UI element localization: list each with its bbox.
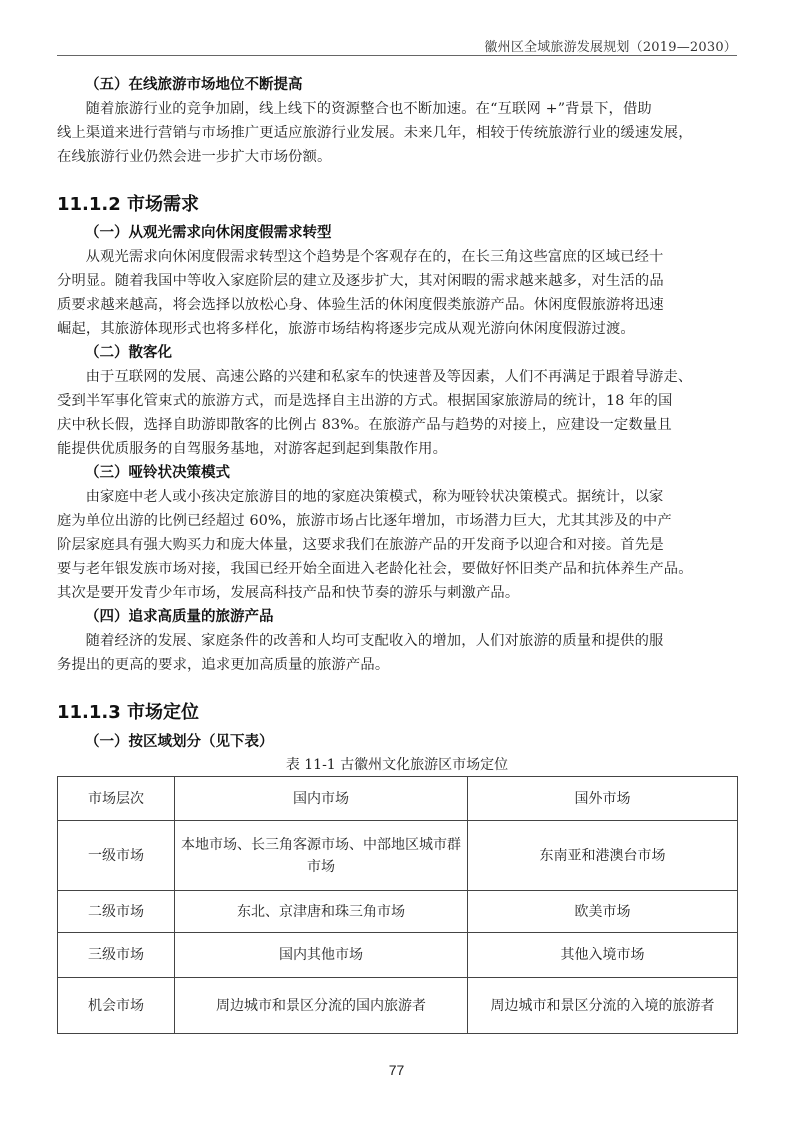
paragraph-line: 随着旅游行业的竞争加剧，线上线下的资源整合也不断加速。在“互联网 +”背景下，借… (57, 97, 737, 121)
paragraph-quality-products: 随着经济的发展、家庭条件的改善和人均可支配收入的增加，人们对旅游的质量和提供的服… (57, 629, 737, 677)
paragraph-line: 分明显。随着我国中等收入家庭阶层的建立及逐步扩大，其对闲暇的需求越来越多，对生活… (57, 269, 737, 293)
subsection-heading-quality-products: （四）追求高质量的旅游产品 (57, 605, 737, 629)
table-cell: 东北、京津唐和珠三角市场 (175, 891, 468, 933)
table-cell: 二级市场 (58, 891, 175, 933)
subsection-heading-dumbbell-decision: （三）哑铃状决策模式 (57, 461, 737, 485)
table-cell: 机会市场 (58, 978, 175, 1034)
table-cell: 东南亚和港澳台市场 (468, 821, 738, 891)
table-cell: 三级市场 (58, 933, 175, 978)
paragraph-dumbbell-decision: 由家庭中老人或小孩决定旅游目的地的家庭决策模式，称为哑铃状决策模式。据统计，以家… (57, 485, 737, 605)
paragraph-line: 在线旅游行业仍然会进一步扩大市场份额。 (57, 145, 737, 169)
paragraph-line: 受到半军事化管束式的旅游方式，而是选择自主出游的方式。根据国家旅游局的统计，18… (57, 389, 737, 413)
table-caption: 表 11-1 古徽州文化旅游区市场定位 (57, 754, 737, 776)
subsection-heading-online-market: （五）在线旅游市场地位不断提高 (57, 73, 737, 97)
paragraph-line: 庭为单位出游的比例已经超过 60%，旅游市场占比逐年增加，市场潜力巨大，尤其其涉… (57, 509, 737, 533)
paragraph-line: 能提供优质服务的自驾服务基地，对游客起到起到集散作用。 (57, 437, 737, 461)
table-header-row: 市场层次 国内市场 国外市场 (58, 777, 738, 821)
table-cell: 欧美市场 (468, 891, 738, 933)
table-cell: 国内其他市场 (175, 933, 468, 978)
paragraph-line: 由于互联网的发展、高速公路的兴建和私家车的快速普及等因素，人们不再满足于跟着导游… (57, 365, 737, 389)
subsection-heading-by-region: （一）按区域划分（见下表） (57, 730, 737, 754)
table-row: 二级市场 东北、京津唐和珠三角市场 欧美市场 (58, 891, 738, 933)
section-heading-market-demand: 11.1.2 市场需求 (57, 191, 737, 219)
paragraph-line: 务提出的更高的要求，追求更加高质量的旅游产品。 (57, 653, 737, 677)
paragraph-line: 质要求越来越高，将会选择以放松心身、体验生活的休闲度假类旅游产品。休闲度假旅游将… (57, 293, 737, 317)
table-cell: 本地市场、长三角客源市场、中部地区城市群市场 (175, 821, 468, 891)
table-row: 机会市场 周边城市和景区分流的国内旅游者 周边城市和景区分流的入境的旅游者 (58, 978, 738, 1034)
table-cell: 周边城市和景区分流的入境的旅游者 (468, 978, 738, 1034)
paragraph-line: 从观光需求向休闲度假需求转型这个趋势是个客观存在的，在长三角这些富庶的区域已经十 (57, 245, 737, 269)
paragraph-line: 阶层家庭具有强大购买力和庞大体量，这要求我们在旅游产品的开发商予以迎合和对接。首… (57, 533, 737, 557)
page-content: （五）在线旅游市场地位不断提高 随着旅游行业的竞争加剧，线上线下的资源整合也不断… (57, 72, 737, 1034)
paragraph-leisure-shift: 从观光需求向休闲度假需求转型这个趋势是个客观存在的，在长三角这些富庶的区域已经十… (57, 245, 737, 341)
subsection-heading-individual-travel: （二）散客化 (57, 341, 737, 365)
table-row: 一级市场 本地市场、长三角客源市场、中部地区城市群市场 东南亚和港澳台市场 (58, 821, 738, 891)
header-rule (57, 55, 737, 56)
subsection-heading-leisure-shift: （一）从观光需求向休闲度假需求转型 (57, 221, 737, 245)
market-positioning-table: 市场层次 国内市场 国外市场 一级市场 本地市场、长三角客源市场、中部地区城市群… (57, 776, 738, 1034)
paragraph-line: 随着经济的发展、家庭条件的改善和人均可支配收入的增加，人们对旅游的质量和提供的服 (57, 629, 737, 653)
paragraph-line: 由家庭中老人或小孩决定旅游目的地的家庭决策模式，称为哑铃状决策模式。据统计，以家 (57, 485, 737, 509)
paragraph-line: 其次是要开发青少年市场，发展高科技产品和快节奏的游乐与刺激产品。 (57, 581, 737, 605)
table-header-cell: 市场层次 (58, 777, 175, 821)
paragraph-line: 庆中秋长假，选择自助游即散客的比例占 83%。在旅游产品与趋势的对接上，应建设一… (57, 413, 737, 437)
table-cell: 周边城市和景区分流的国内旅游者 (175, 978, 468, 1034)
running-header-title: 徽州区全域旅游发展规划（2019—2030） (57, 36, 737, 55)
paragraph-online-market: 随着旅游行业的竞争加剧，线上线下的资源整合也不断加速。在“互联网 +”背景下，借… (57, 97, 737, 169)
paragraph-individual-travel: 由于互联网的发展、高速公路的兴建和私家车的快速普及等因素，人们不再满足于跟着导游… (57, 365, 737, 461)
paragraph-line: 要与老年银发族市场对接，我国已经开始全面进入老龄化社会，要做好怀旧类产品和抗体养… (57, 557, 737, 581)
table-cell: 一级市场 (58, 821, 175, 891)
table-row: 三级市场 国内其他市场 其他入境市场 (58, 933, 738, 978)
section-heading-market-positioning: 11.1.3 市场定位 (57, 699, 737, 727)
table-header-cell: 国外市场 (468, 777, 738, 821)
page-number: 77 (0, 1062, 793, 1078)
paragraph-line: 崛起，其旅游体现形式也将多样化，旅游市场结构将逐步完成从观光游向休闲度假游过渡。 (57, 317, 737, 341)
table-header-cell: 国内市场 (175, 777, 468, 821)
table-cell: 其他入境市场 (468, 933, 738, 978)
paragraph-line: 线上渠道来进行营销与市场推广更适应旅游行业发展。未来几年，相较于传统旅游行业的缓… (57, 121, 737, 145)
